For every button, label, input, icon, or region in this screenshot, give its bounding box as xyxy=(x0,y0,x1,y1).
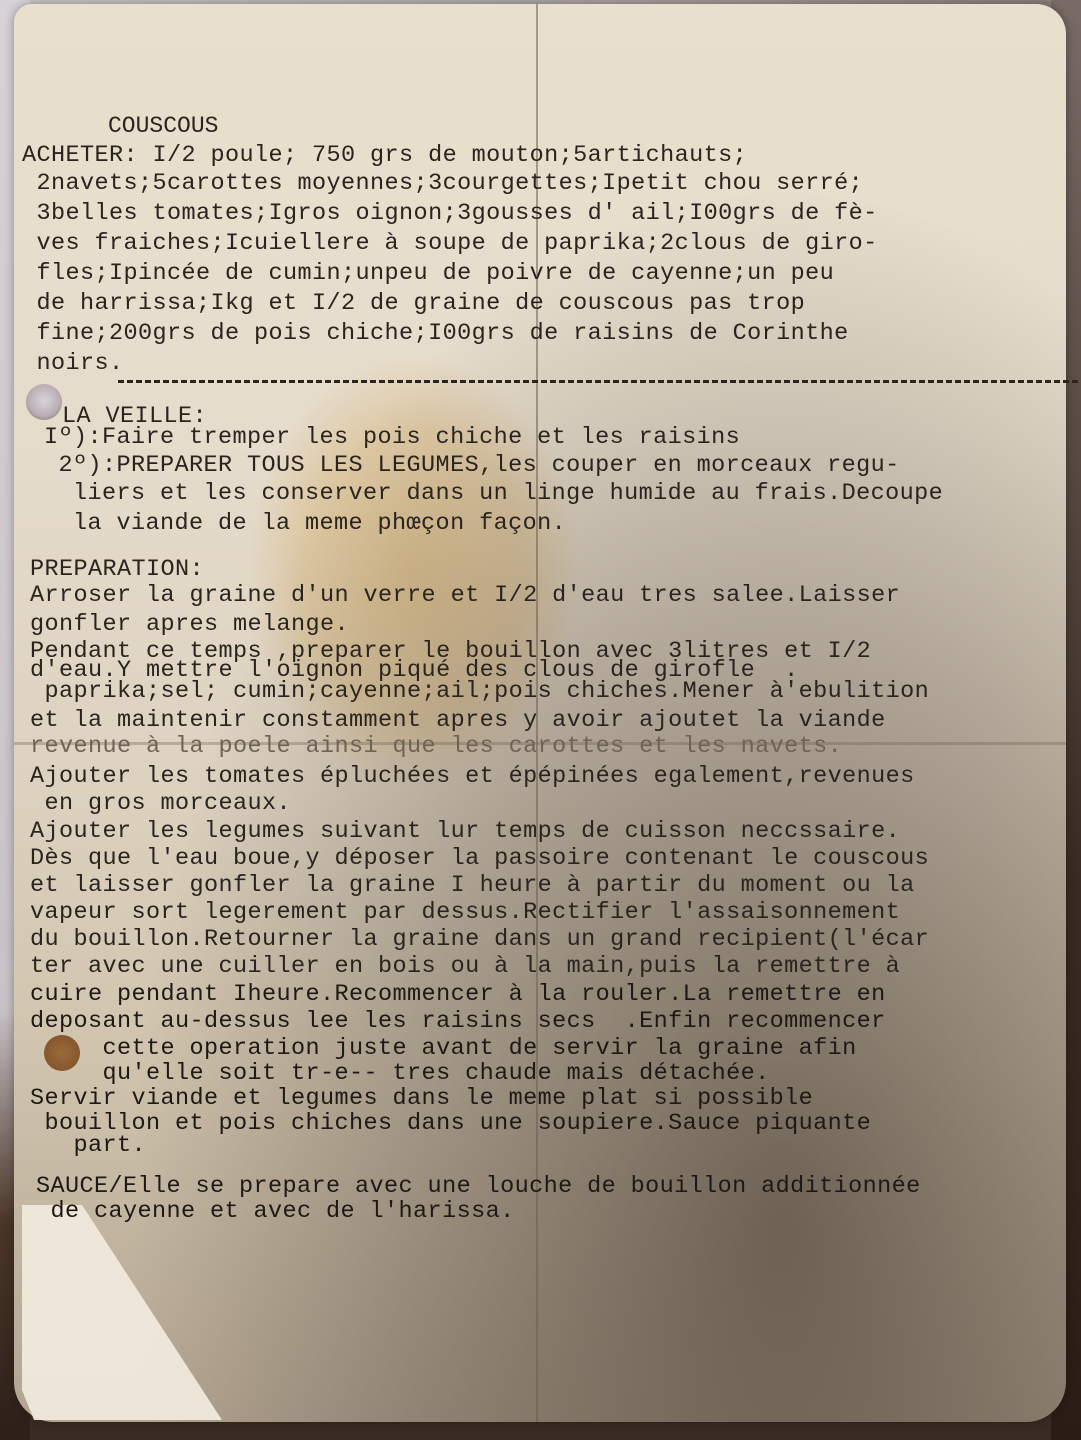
preparation-line: part. xyxy=(30,1134,146,1158)
ingredients-line: fine;200grs de pois chiche;I00grs de rai… xyxy=(22,322,849,346)
preparation-line: bouillon et pois chiches dans une soupie… xyxy=(30,1112,871,1136)
preparation-line: revenue à la poele ainsi que les carotte… xyxy=(30,735,842,759)
ingredients-line: fles;Ipincée de cumin;unpeu de poivre de… xyxy=(22,262,834,286)
ingredients-line: ves fraiches;Icuiellere à soupe de papri… xyxy=(22,232,878,256)
preparation-line: paprika;sel; cumin;cayenne;ail;pois chic… xyxy=(30,680,929,704)
ingredients-line: 3belles tomates;Igros oignon;3gousses d'… xyxy=(22,202,878,226)
ingredients-line: ACHETER: I/2 poule; 750 grs de mouton;5a… xyxy=(22,144,747,168)
recipe-title: COUSCOUS xyxy=(108,115,218,138)
preparation-line: et la maintenir constamment apres y avoi… xyxy=(30,709,886,733)
preparation-line: vapeur sort legerement par dessus.Rectif… xyxy=(30,901,900,925)
dashed-divider xyxy=(118,380,1078,383)
veille-line: Iº):Faire tremper les pois chiche et les… xyxy=(44,426,740,450)
sauce-line: de cayenne et avec de l'harissa. xyxy=(36,1200,515,1224)
preparation-line: du bouillon.Retourner la graine dans un … xyxy=(30,928,929,952)
preparation-line: en gros morceaux. xyxy=(30,792,291,816)
preparation-line: Arroser la graine d'un verre et I/2 d'ea… xyxy=(30,584,900,608)
section-heading: PREPARATION: xyxy=(30,558,204,582)
preparation-line: cuire pendant Iheure.Recommencer à la ro… xyxy=(30,983,886,1007)
veille-line: 2º):PREPARER TOUS LES LEGUMES,les couper… xyxy=(44,454,900,478)
veille-line: liers et les conserver dans un linge hum… xyxy=(44,482,943,506)
preparation-line: ter avec une cuiller en bois ou à la mai… xyxy=(30,955,900,979)
ingredients-line: noirs. xyxy=(22,352,124,376)
typewritten-recipe: COUSCOUS ACHETER: I/2 poule; 750 grs de … xyxy=(0,0,1081,1440)
ingredients-line: 2navets;5carottes moyennes;3courgettes;I… xyxy=(22,172,863,196)
ingredients-line: de harrissa;Ikg et I/2 de graine de cous… xyxy=(22,292,805,316)
preparation-line: deposant au-dessus lee les raisins secs … xyxy=(30,1010,886,1034)
preparation-line: Ajouter les tomates épluchées et épépiné… xyxy=(30,765,915,789)
veille-line: la viande de la meme phœçon façon. xyxy=(44,512,566,536)
preparation-line: et laisser gonfler la graine I heure à p… xyxy=(30,874,915,898)
preparation-line: Dès que l'eau boue,y déposer la passoire… xyxy=(30,847,929,871)
preparation-line: cette operation juste avant de servir la… xyxy=(30,1037,857,1061)
sauce-line: SAUCE/Elle se prepare avec une louche de… xyxy=(36,1175,921,1199)
preparation-line: Servir viande et legumes dans le meme pl… xyxy=(30,1087,813,1111)
preparation-line: qu'elle soit tr-e-- tres chaude mais dét… xyxy=(30,1062,770,1086)
preparation-line: Ajouter les legumes suivant lur temps de… xyxy=(30,820,900,844)
preparation-line: gonfler apres melange. xyxy=(30,613,349,637)
